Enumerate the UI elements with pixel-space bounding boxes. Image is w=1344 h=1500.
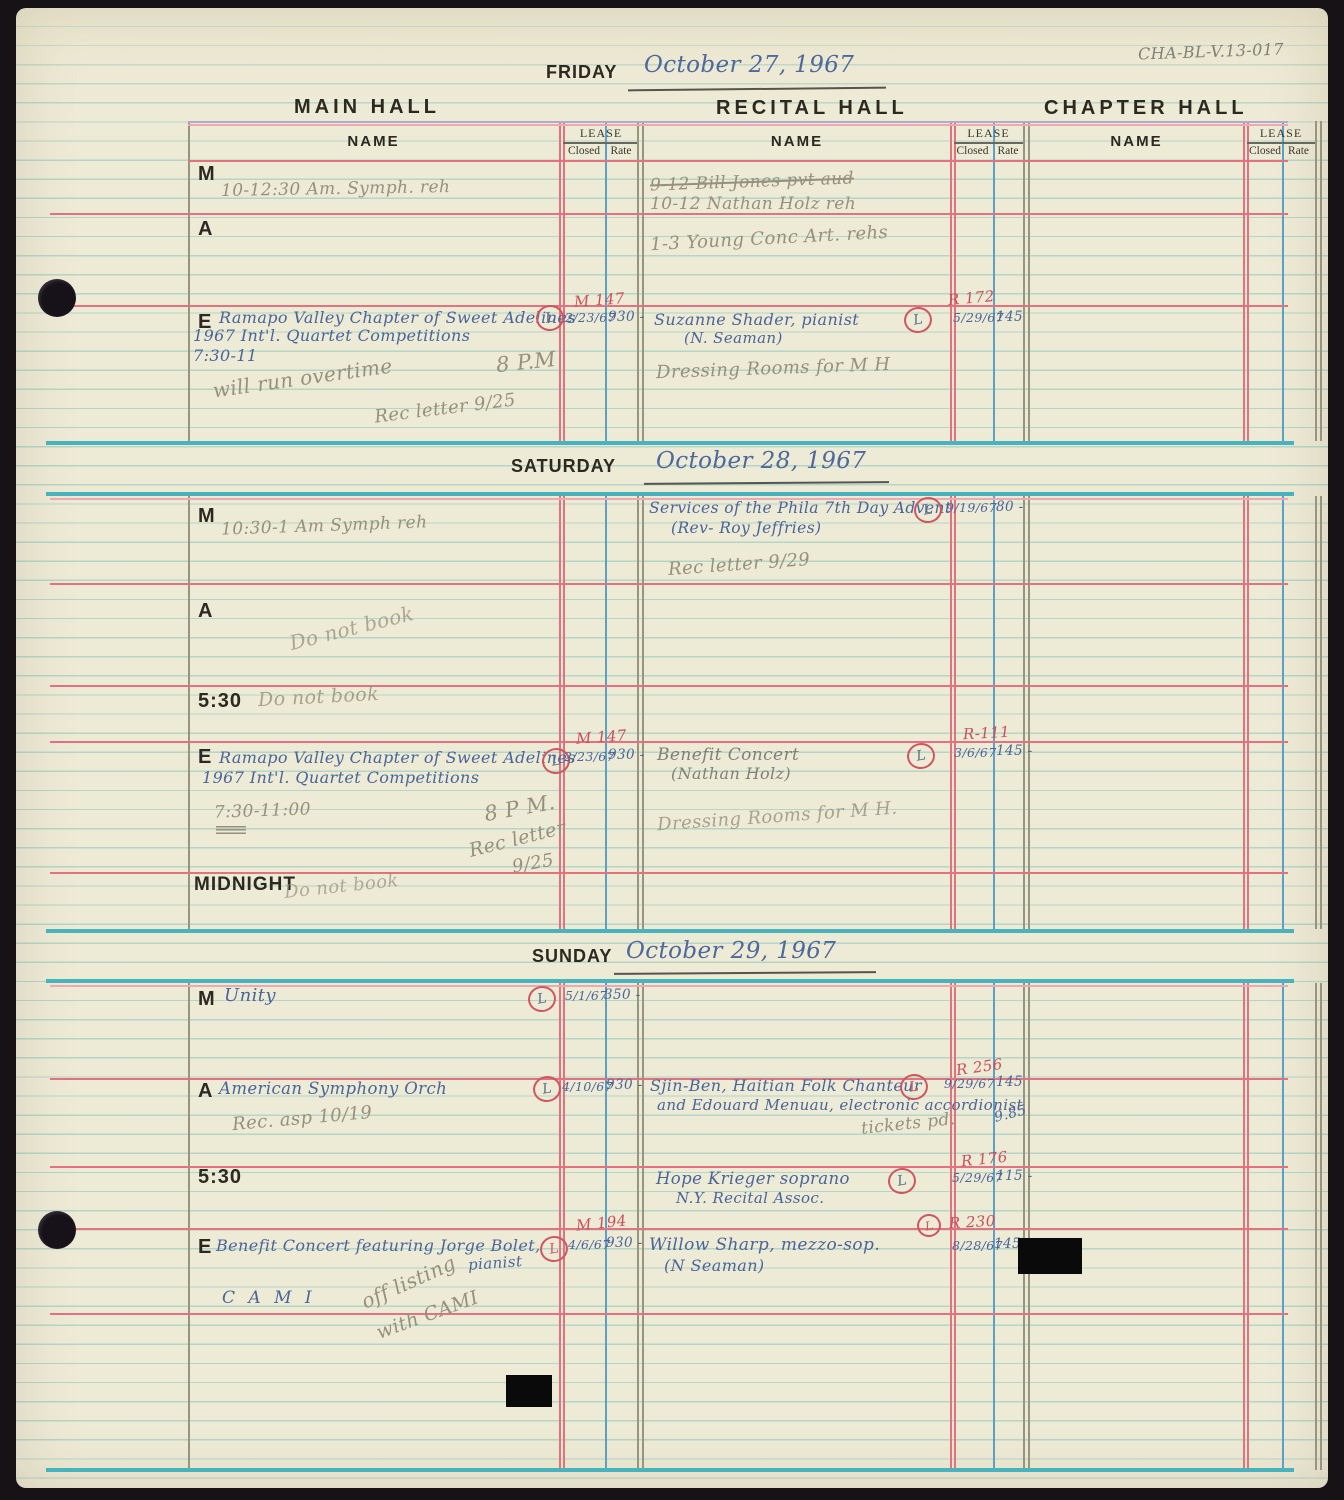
grid-vline: [605, 121, 607, 441]
lease-rate-saturday-main-evening: 930 -: [608, 747, 645, 763]
lease-closed-sunday-main-evening: 4/6/67: [568, 1237, 611, 1252]
entry-sunday-recital-evening-name2: (N Seaman): [664, 1256, 765, 1275]
grid-hline: [188, 124, 1288, 126]
rate-header-main: Rate: [605, 145, 637, 157]
grid-vline: [188, 983, 190, 1470]
lease-rate-sunday-main-afternoon: 930 -: [606, 1077, 643, 1093]
entry-friday-main-evening-time: 7:30-11: [193, 346, 258, 365]
date-saturday: October 28, 1967: [656, 448, 866, 474]
date-underline: [644, 481, 889, 485]
grid-hline: [50, 583, 1288, 585]
lease-header-main: LEASE: [565, 126, 637, 141]
row-label-sunday-m: M: [198, 988, 216, 1011]
hole-punch: [38, 1211, 76, 1249]
grid-vline: [1243, 983, 1245, 1470]
booking-code-saturday-recital-evening: R-111: [963, 723, 1011, 743]
row-label-sunday-e: E: [198, 1236, 212, 1259]
grid-hline: [50, 1313, 1288, 1315]
grid-vline: [642, 496, 644, 929]
booking-code-friday-main-evening: M 147: [573, 289, 625, 310]
grid-vline: [1282, 983, 1284, 1470]
booking-code-saturday-main-evening: M 147: [575, 726, 627, 747]
closed-header-main: Closed: [563, 145, 605, 157]
row-label-saturday-a: A: [198, 600, 213, 623]
entry-saturday-main-evening-name: Ramapo Valley Chapter of Sweet Adelines: [219, 748, 576, 767]
hole-punch: [38, 279, 76, 317]
grid-vline: [1315, 983, 1317, 1470]
lease-mark-sunday-recital-evening: L: [915, 1212, 943, 1239]
grid-hline: [188, 160, 1288, 162]
entry-saturday-main-evening-name2: 1967 Int'l. Quartet Competitions: [202, 768, 479, 787]
hall-header-main: MAIN HALL: [294, 96, 440, 119]
date-friday: October 27, 1967: [644, 52, 854, 78]
row-label-sunday-530: 5:30: [198, 1166, 242, 1189]
name-header-chapter: NAME: [1030, 133, 1243, 150]
grid-vline: [1028, 983, 1030, 1470]
grid-vline: [1023, 121, 1025, 441]
grid-hline: [50, 1228, 1288, 1230]
grid-vline: [1243, 121, 1245, 441]
section-divider: [46, 492, 1294, 496]
entry-saturday-main-morning: 10:30-1 Am Symph reh: [221, 512, 428, 539]
lease-closed-sunday-recital-afternoon: 9/29/67: [944, 1076, 995, 1091]
entry-friday-recital-morning: 10-12 Nathan Holz reh: [650, 194, 856, 214]
lease-header-chapter: LEASE: [1247, 126, 1315, 141]
redaction-box: [506, 1375, 552, 1407]
date-underline: [614, 971, 876, 975]
lease-rate-saturday-recital-morning: 80 -: [996, 499, 1024, 515]
entry-friday-recital-evening-name2: (N. Seaman): [684, 329, 783, 347]
grid-vline: [637, 121, 639, 441]
entry-saturday-main-evening-time: 7:30-11:00: [214, 799, 312, 822]
grid-vline: [1247, 983, 1249, 1470]
lease-rate-sunday-recital-530: 115 -: [996, 1168, 1033, 1184]
row-label-saturday-e: E: [198, 746, 212, 769]
grid-vline: [950, 496, 952, 929]
grid-hline: [50, 741, 1288, 743]
lease-rate-friday-recital-evening: 145: [996, 309, 1023, 325]
name-header-recital: NAME: [644, 133, 950, 150]
grid-vline: [1028, 496, 1030, 929]
grid-hline: [50, 685, 1288, 687]
lease-rate-friday-main-evening: 930 -: [608, 309, 645, 325]
entry-friday-main-evening-name: Ramapo Valley Chapter of Sweet Adelines: [219, 308, 576, 327]
document-reference: CHA-BL-V.13-017: [1138, 39, 1285, 63]
entry-sunday-recital-afternoon-name: Sjin-Ben, Haitian Folk Chanteur: [650, 1076, 922, 1095]
entry-friday-recital-afternoon: 1-3 Young Conc Art. rehs: [650, 222, 889, 255]
grid-vline: [637, 983, 639, 1470]
ledger-page: CHA-BL-V.13-017 FRIDAY October 27, 1967 …: [16, 8, 1328, 1488]
grid-vline: [1247, 121, 1249, 441]
row-label-saturday-midnight: MIDNIGHT: [194, 874, 296, 896]
grid-vline: [563, 983, 565, 1470]
entry-sunday-main-afternoon-name: American Symphony Orch: [219, 1079, 447, 1098]
grid-vline: [559, 121, 561, 441]
grid-vline: [993, 496, 995, 929]
grid-vline: [559, 496, 561, 929]
note-friday-main-evening-2: 8 P.M: [495, 347, 557, 377]
entry-friday-recital-evening-name: Suzanne Shader, pianist: [654, 310, 859, 329]
grid-vline: [1247, 496, 1249, 929]
note-saturday-main-530: Do not book: [258, 683, 380, 711]
row-label-sunday-a: A: [198, 1080, 213, 1103]
hall-header-chapter: CHAPTER HALL: [1044, 97, 1248, 120]
lease-closed-saturday-recital-evening: 3/6/67: [954, 745, 997, 760]
grid-vline: [188, 121, 190, 441]
row-label-friday-m: M: [198, 163, 216, 186]
entry-friday-main-morning: 10-12:30 Am. Symph. reh: [221, 177, 451, 201]
grid-vline: [950, 121, 952, 441]
note-saturday-recital-evening: Dressing Rooms for M H.: [657, 798, 898, 836]
section-divider: [46, 1468, 1294, 1472]
note-sunday-main-afternoon: Rec. asp 10/19: [231, 1102, 373, 1135]
section-divider: [46, 929, 1294, 933]
lease-header-divider: [1247, 142, 1315, 144]
grid-vline: [642, 983, 644, 1470]
grid-vline: [563, 496, 565, 929]
entry-saturday-recital-morning-name: Services of the Phila 7th Day Advent: [649, 499, 951, 517]
grid-vline: [642, 121, 644, 441]
grid-vline: [1282, 121, 1284, 441]
lease-closed-saturday-recital-morning: 9/19/67: [946, 500, 997, 515]
grid-vline: [605, 496, 607, 929]
grid-vline: [188, 496, 190, 929]
lease-rate-sunday-recital-afternoon: 145: [996, 1074, 1023, 1090]
entry-sunday-recital-530-name: Hope Krieger soprano: [656, 1169, 850, 1188]
grid-vline: [993, 121, 995, 441]
hall-header-recital: RECITAL HALL: [716, 97, 908, 120]
lease-rate-sunday-recital-evening: 145: [994, 1236, 1021, 1252]
grid-vline: [559, 983, 561, 1470]
entry-sunday-recital-evening-name: Willow Sharp, mezzo-sop.: [649, 1235, 880, 1255]
note-saturday-main-afternoon: Do not book: [287, 601, 416, 655]
name-header-main: NAME: [188, 133, 559, 150]
date-underline: [628, 87, 886, 92]
grid-vline: [563, 121, 565, 441]
entry-sunday-main-evening-name2: pianist: [467, 1252, 522, 1274]
entry-saturday-recital-evening-name: Benefit Concert: [657, 745, 799, 765]
lease-mark-sunday-recital-530: L: [886, 1166, 918, 1196]
note-friday-recital-evening: Dressing Rooms for M H: [656, 354, 891, 383]
row-label-friday-a: A: [198, 218, 213, 241]
grid-hline: [188, 121, 1288, 123]
grid-vline: [637, 496, 639, 929]
grid-vline: [1320, 496, 1322, 929]
entry-sunday-main-morning-name: Unity: [224, 985, 276, 1006]
ledger-scan: CHA-BL-V.13-017 FRIDAY October 27, 1967 …: [0, 0, 1344, 1500]
lease-header-divider: [563, 142, 637, 144]
grid-vline: [1243, 496, 1245, 929]
lease-header-divider: [954, 142, 1023, 144]
lease-rate-sunday-main-morning: 350 -: [604, 987, 641, 1003]
redaction-box: [1018, 1238, 1082, 1274]
booking-code-sunday-recital-evening: R 230: [949, 1212, 997, 1232]
entry-sunday-recital-afternoon-name2: and Edouard Menuau, electronic accordion…: [657, 1096, 1023, 1114]
note-saturday-recital-morning: Rec letter 9/29: [667, 549, 810, 580]
grid-vline: [1028, 121, 1030, 441]
grid-vline: [1320, 983, 1322, 1470]
booking-code-sunday-main-evening: M 194: [575, 1211, 627, 1234]
date-sunday: October 29, 1967: [626, 938, 836, 964]
entry-saturday-recital-morning-name2: (Rev- Roy Jeffries): [671, 519, 822, 537]
grid-vline: [954, 496, 956, 929]
day-label-saturday: SATURDAY: [511, 456, 616, 477]
entry-saturday-recital-evening-name2: (Nathan Holz): [671, 764, 791, 783]
closed-header-recital: Closed: [952, 145, 993, 157]
lease-header-recital: LEASE: [954, 126, 1023, 141]
grid-vline: [1315, 496, 1317, 929]
row-label-saturday-m: M: [198, 505, 216, 528]
rate-header-chapter: Rate: [1282, 145, 1315, 157]
entry-sunday-recital-530-name2: N.Y. Recital Assoc.: [676, 1189, 824, 1207]
lease-closed-sunday-main-morning: 5/1/67: [565, 988, 608, 1003]
entry-sunday-main-evening-name: Benefit Concert featuring Jorge Bolet,: [216, 1236, 541, 1255]
section-divider: [46, 979, 1294, 983]
grid-vline: [1282, 496, 1284, 929]
grid-vline: [954, 121, 956, 441]
lease-mark-sunday-main-morning: L: [526, 984, 558, 1014]
day-label-sunday: SUNDAY: [532, 946, 612, 967]
entry-friday-main-evening-name2: 1967 Int'l. Quartet Competitions: [193, 326, 470, 345]
note-friday-main-evening-3: Rec letter 9/25: [373, 389, 517, 427]
note-saturday-main-midnight: Do not book: [283, 870, 399, 903]
lease-rate-sunday-main-evening: 930 -: [606, 1235, 643, 1251]
emphasis-marks: [216, 826, 246, 834]
day-label-friday: FRIDAY: [546, 62, 617, 83]
row-label-saturday-530: 5:30: [198, 690, 242, 713]
rate-header-recital: Rate: [993, 145, 1023, 157]
lease-mark-sunday-main-evening: L: [538, 1234, 570, 1264]
grid-vline: [1320, 121, 1322, 441]
lease-mark-friday-recital-evening: L: [902, 305, 934, 335]
entry-sunday-main-evening-org: C A M I: [222, 1288, 316, 1308]
lease-mark-saturday-recital-evening: L: [905, 741, 937, 771]
grid-vline: [1023, 496, 1025, 929]
grid-hline: [50, 305, 1288, 307]
section-divider: [46, 441, 1294, 445]
grid-vline: [1023, 983, 1025, 1470]
entry-friday-recital-morning-cancelled: 9-12 Bill Jones pvt aud: [650, 168, 854, 195]
lease-rate-saturday-recital-evening: 145 -: [996, 743, 1033, 759]
grid-vline: [1315, 121, 1317, 441]
closed-header-chapter: Closed: [1245, 145, 1285, 157]
